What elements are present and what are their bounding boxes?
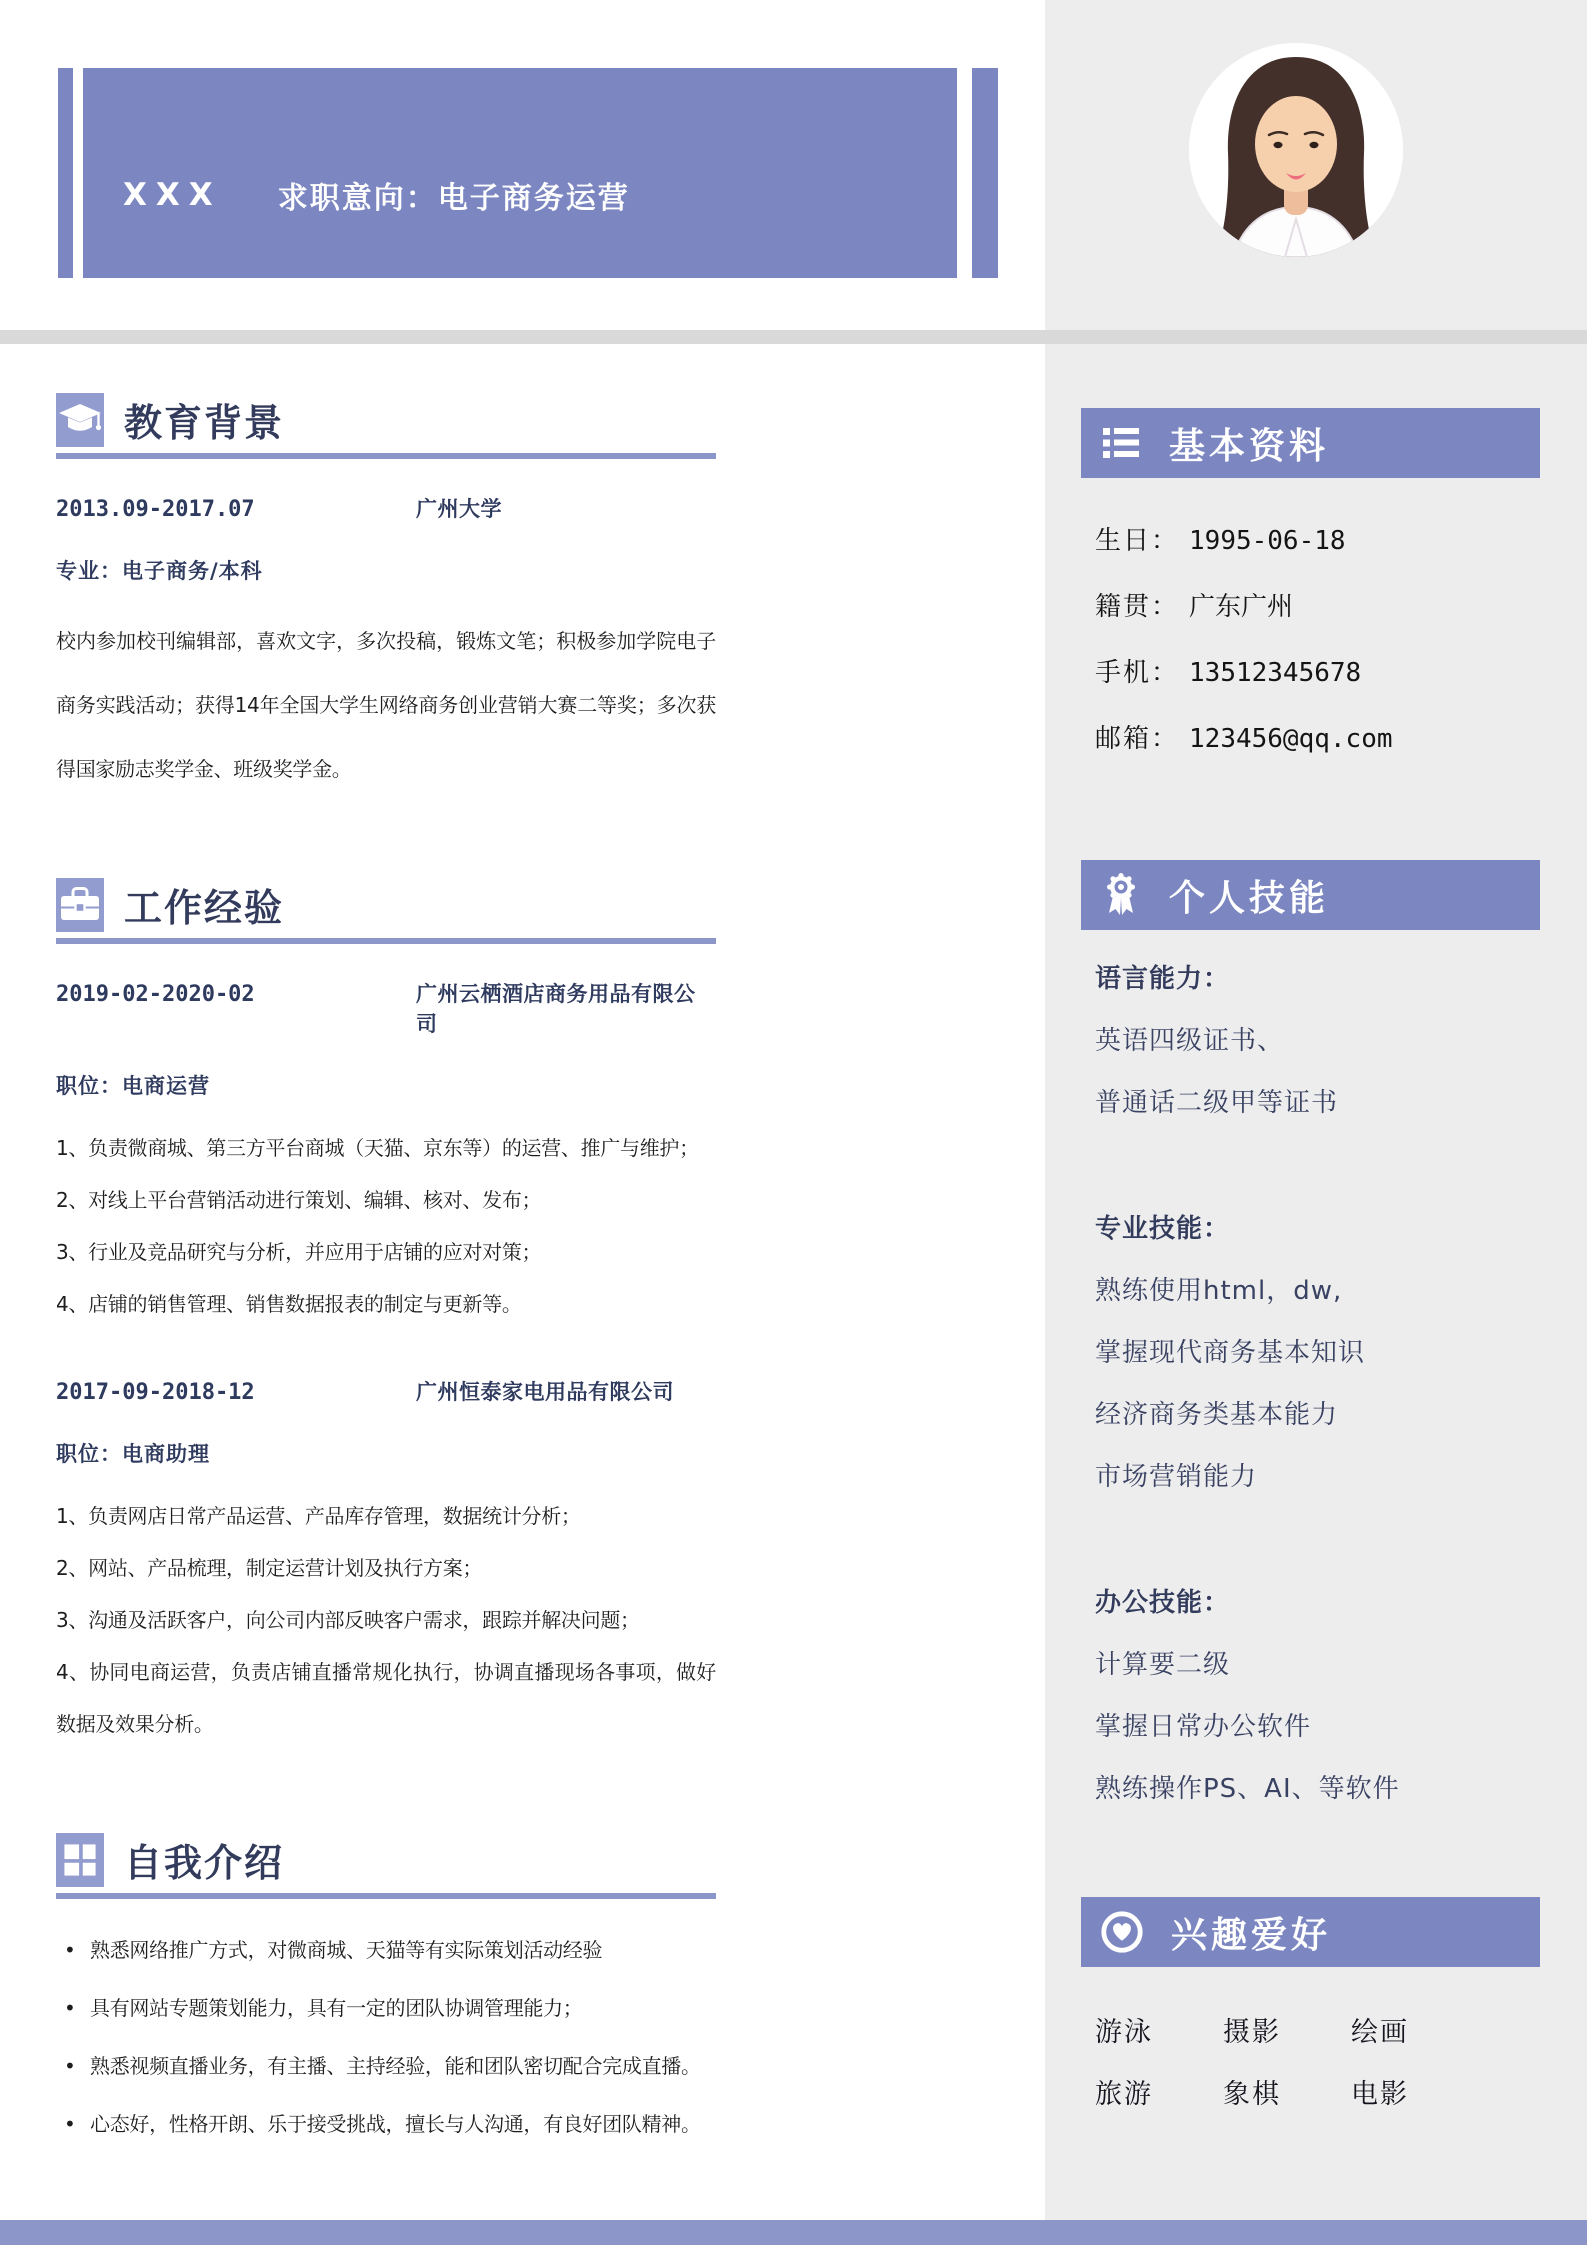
- info-item: 籍贯：广东广州: [1095, 574, 1393, 640]
- job-intention: 求职意向：电子商务运营: [278, 173, 630, 217]
- job-duty: 1、负责微商城、第三方平台商城（天猫、京东等）的运营、推广与维护；: [56, 1122, 716, 1174]
- intro-bullet: 熟悉网络推广方式，对微商城、天猫等有实际策划活动经验: [56, 1921, 716, 1979]
- hobbies-list: 游泳 摄影 绘画 旅游 象棋 电影: [1095, 2002, 1409, 2126]
- work-title: 工作经验: [124, 889, 284, 932]
- intro-title: 自我介绍: [124, 1844, 284, 1887]
- footer-bar: [0, 2220, 1587, 2245]
- intro-bullet: 熟悉视频直播业务，有主播、主持经验，能和团队密切配合完成直播。: [56, 2037, 716, 2095]
- education-section: 教育背景 2013.09-2017.07 广州大学 专业：电子商务/本科 校内参…: [56, 393, 716, 801]
- skill-group-label: 专业技能：: [1095, 1198, 1540, 1260]
- education-period: 2013.09-2017.07: [56, 497, 416, 522]
- education-header: 教育背景: [56, 393, 716, 447]
- hobby-item: 游泳: [1095, 2002, 1153, 2064]
- hobby-item: 摄影: [1223, 2002, 1281, 2064]
- job-position: 职位：电商运营: [56, 1070, 716, 1100]
- skill-group: 语言能力： 英语四级证书、 普通话二级甲等证书: [1095, 948, 1540, 1134]
- medal-icon: [1099, 873, 1143, 917]
- job-company: 广州云栖酒店商务用品有限公司: [416, 978, 716, 1038]
- basic-info-banner: 基本资料: [1081, 408, 1540, 478]
- job-row: 2019-02-2020-02 广州云栖酒店商务用品有限公司: [56, 978, 716, 1038]
- hobby-item: 旅游: [1095, 2064, 1153, 2126]
- skill-line: 英语四级证书、: [1095, 1010, 1540, 1072]
- info-label: 邮箱：: [1095, 724, 1179, 754]
- job-duty: 3、沟通及活跃客户，向公司内部反映客户需求，跟踪并解决问题；: [56, 1594, 716, 1646]
- skill-line: 掌握现代商务基本知识: [1095, 1322, 1540, 1384]
- skills-banner: 个人技能: [1081, 860, 1540, 930]
- work-section: 工作经验 2019-02-2020-02 广州云栖酒店商务用品有限公司 职位：电…: [56, 878, 716, 1750]
- hobby-row: 旅游 象棋 电影: [1095, 2064, 1409, 2126]
- job-duty: 2、网站、产品梳理，制定运营计划及执行方案；: [56, 1542, 716, 1594]
- job-entry: 2017-09-2018-12 广州恒泰家电用品有限公司 职位：电商助理 1、负…: [56, 1376, 716, 1750]
- job-period: 2019-02-2020-02: [56, 982, 416, 1007]
- resume-page: XXX 求职意向：电子商务运营: [0, 0, 1587, 2245]
- education-major: 专业：电子商务/本科: [56, 555, 716, 585]
- job-duty-list: 1、负责微商城、第三方平台商城（天猫、京东等）的运营、推广与维护； 2、对线上平…: [56, 1122, 716, 1330]
- divider-strip: [0, 330, 1587, 344]
- basic-info-list: 生日：1995-06-18 籍贯：广东广州 手机：13512345678 邮箱：…: [1095, 508, 1393, 772]
- work-header: 工作经验: [56, 878, 716, 932]
- intro-section: 自我介绍 熟悉网络推广方式，对微商城、天猫等有实际策划活动经验 具有网站专题策划…: [56, 1833, 716, 2153]
- list-icon: [1099, 421, 1143, 465]
- portrait-photo: [1189, 43, 1403, 257]
- job-period: 2017-09-2018-12: [56, 1380, 416, 1405]
- candidate-name: XXX: [123, 177, 222, 213]
- grid-icon: [56, 1833, 104, 1887]
- info-label: 生日：: [1095, 526, 1179, 556]
- info-label: 籍贯：: [1095, 592, 1179, 622]
- hobbies-title: 兴趣爱好: [1171, 1907, 1331, 1958]
- skill-group: 专业技能： 熟练使用html，dw, 掌握现代商务基本知识 经济商务类基本能力 …: [1095, 1198, 1540, 1508]
- info-value: 1995-06-18: [1189, 526, 1346, 556]
- job-row: 2017-09-2018-12 广州恒泰家电用品有限公司: [56, 1376, 716, 1406]
- education-row: 2013.09-2017.07 广州大学: [56, 493, 716, 523]
- intro-rule: [56, 1893, 716, 1899]
- hobby-item: 电影: [1351, 2064, 1409, 2126]
- info-value: 13512345678: [1189, 658, 1361, 688]
- hobby-item: 绘画: [1351, 2002, 1409, 2064]
- job-duty: 1、负责网店日常产品运营、产品库存管理，数据统计分析；: [56, 1490, 716, 1542]
- intro-header: 自我介绍: [56, 1833, 716, 1887]
- info-item: 邮箱：123456@qq.com: [1095, 706, 1393, 772]
- header-accent-bar-left: [58, 68, 73, 278]
- skills-title: 个人技能: [1169, 870, 1329, 921]
- info-value: 123456@qq.com: [1189, 724, 1393, 754]
- work-rule: [56, 938, 716, 944]
- info-item: 生日：1995-06-18: [1095, 508, 1393, 574]
- info-value: 广东广州: [1189, 592, 1293, 622]
- job-duty: 3、行业及竞品研究与分析，并应用于店铺的应对对策；: [56, 1226, 716, 1278]
- education-description: 校内参加校刊编辑部，喜欢文字，多次投稿，锻炼文笔；积极参加学院电子商务实践活动；…: [56, 609, 716, 801]
- intro-bullet: 具有网站专题策划能力，具有一定的团队协调管理能力；: [56, 1979, 716, 2037]
- skill-group-label: 语言能力：: [1095, 948, 1540, 1010]
- heart-icon: [1099, 1909, 1145, 1955]
- skill-group: 办公技能： 计算要二级 掌握日常办公软件 熟练操作PS、AI、等软件: [1095, 1572, 1540, 1820]
- education-school: 广州大学: [416, 493, 502, 523]
- education-rule: [56, 453, 716, 459]
- job-position: 职位：电商助理: [56, 1438, 716, 1468]
- skill-line: 计算要二级: [1095, 1634, 1540, 1696]
- graduation-cap-icon: [56, 393, 104, 447]
- job-duty: 2、对线上平台营销活动进行策划、编辑、核对、发布；: [56, 1174, 716, 1226]
- skill-group-label: 办公技能：: [1095, 1572, 1540, 1634]
- intro-bullet: 心态好，性格开朗、乐于接受挑战，擅长与人沟通，有良好团队精神。: [56, 2095, 716, 2153]
- header-band: XXX 求职意向：电子商务运营: [83, 68, 957, 278]
- job-company: 广州恒泰家电用品有限公司: [416, 1376, 674, 1406]
- header-accent-bar-right: [972, 68, 998, 278]
- education-title: 教育背景: [124, 404, 284, 447]
- info-label: 手机：: [1095, 658, 1179, 688]
- skills-list: 语言能力： 英语四级证书、 普通话二级甲等证书 专业技能： 熟练使用html，d…: [1095, 948, 1540, 1884]
- skill-line: 普通话二级甲等证书: [1095, 1072, 1540, 1134]
- job-entry: 2019-02-2020-02 广州云栖酒店商务用品有限公司 职位：电商运营 1…: [56, 978, 716, 1330]
- skill-line: 市场营销能力: [1095, 1446, 1540, 1508]
- portrait-illustration: [1189, 43, 1403, 257]
- hobby-item: 象棋: [1223, 2064, 1281, 2126]
- info-item: 手机：13512345678: [1095, 640, 1393, 706]
- intro-bullet-list: 熟悉网络推广方式，对微商城、天猫等有实际策划活动经验 具有网站专题策划能力，具有…: [56, 1921, 716, 2153]
- job-duty: 4、店铺的销售管理、销售数据报表的制定与更新等。: [56, 1278, 716, 1330]
- basic-info-title: 基本资料: [1169, 418, 1329, 469]
- job-duty-list: 1、负责网店日常产品运营、产品库存管理，数据统计分析； 2、网站、产品梳理，制定…: [56, 1490, 716, 1750]
- skill-line: 熟练操作PS、AI、等软件: [1095, 1758, 1540, 1820]
- hobby-row: 游泳 摄影 绘画: [1095, 2002, 1409, 2064]
- skill-line: 熟练使用html，dw,: [1095, 1260, 1540, 1322]
- job-duty: 4、协同电商运营，负责店铺直播常规化执行，协调直播现场各事项，做好数据及效果分析…: [56, 1646, 716, 1750]
- briefcase-icon: [56, 878, 104, 932]
- skill-line: 经济商务类基本能力: [1095, 1384, 1540, 1446]
- skill-line: 掌握日常办公软件: [1095, 1696, 1540, 1758]
- hobbies-banner: 兴趣爱好: [1081, 1897, 1540, 1967]
